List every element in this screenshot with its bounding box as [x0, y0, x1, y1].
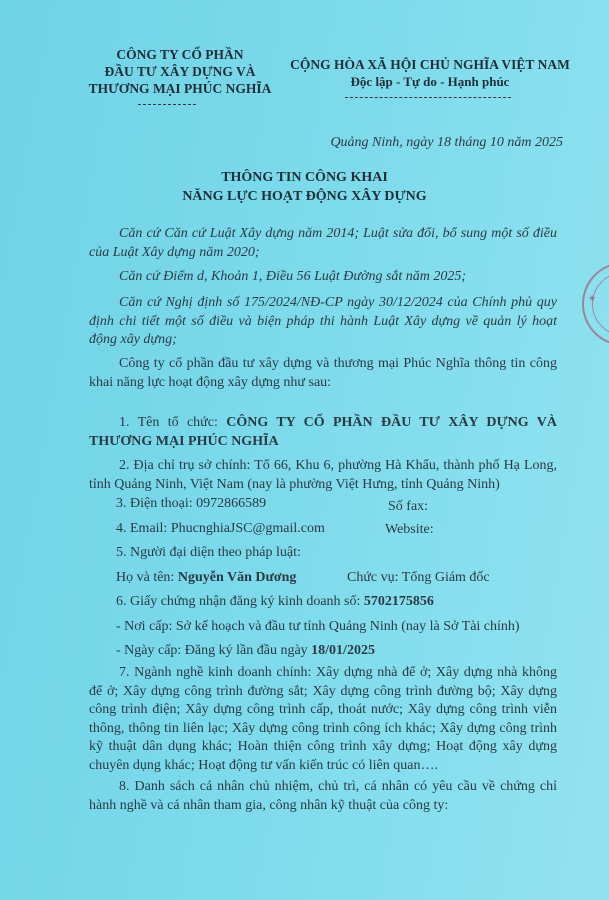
- item-issue-date: - Ngày cấp: Đăng ký lần đầu ngày 18/01/2…: [116, 642, 375, 660]
- rep-name-value: Nguyễn Văn Dương: [178, 570, 297, 585]
- item-personnel: 8. Danh sách cá nhân chủ nhiệm, chủ trì,…: [89, 778, 557, 815]
- title-line2: NĂNG LỰC HOẠT ĐỘNG XÂY DỰNG: [0, 187, 609, 206]
- item-representative: 5. Người đại diện theo pháp luật:: [116, 544, 301, 562]
- item-website: Website:: [385, 521, 434, 539]
- national-motto: Độc lập - Tự do - Hạnh phúc: [280, 73, 580, 90]
- document-page: CÔNG TY CỔ PHẦN ĐẦU TƯ XÂY DỰNG VÀ THƯƠN…: [0, 0, 609, 900]
- item-license: 6. Giấy chứng nhận đăng ký kinh doanh số…: [116, 593, 434, 611]
- item-issued-by: - Nơi cấp: Sở kế hoạch và đầu tư tỉnh Qu…: [116, 618, 520, 636]
- legal-basis-1: Căn cứ Căn cứ Luật Xây dựng năm 2014; Lu…: [89, 225, 557, 262]
- divider-right: [345, 97, 511, 98]
- date-line: Quảng Ninh, ngày 18 tháng 10 năm 2025: [330, 135, 563, 151]
- item-rep-position: Chức vụ: Tổng Giám đốc: [347, 569, 490, 587]
- item-phone: 3. Điện thoại: 0972866589: [116, 495, 266, 513]
- divider-left: [138, 104, 196, 105]
- company-header: CÔNG TY CỔ PHẦN ĐẦU TƯ XÂY DỰNG VÀ THƯƠN…: [60, 46, 300, 97]
- intro-paragraph: Công ty cổ phần đầu tư xây dựng và thươn…: [89, 355, 557, 392]
- item-rep-name: Họ và tên: Nguyễn Văn Dương: [116, 569, 296, 587]
- seal-star-icon: ★: [588, 294, 596, 304]
- item-address: 2. Địa chỉ trụ sở chính: Tổ 66, Khu 6, p…: [89, 457, 557, 494]
- legal-basis-2: Căn cứ Điểm d, Khoản 1, Điều 56 Luật Đườ…: [89, 268, 557, 287]
- document-title: THÔNG TIN CÔNG KHAI NĂNG LỰC HOẠT ĐỘNG X…: [0, 168, 609, 206]
- title-line1: THÔNG TIN CÔNG KHAI: [0, 168, 609, 187]
- license-number: 5702175856: [364, 594, 434, 609]
- legal-basis-3: Căn cứ Nghị định số 175/2024/NĐ-CP ngày …: [89, 294, 557, 350]
- company-header-line1: CÔNG TY CỔ PHẦN: [60, 46, 300, 63]
- national-title: CỘNG HÒA XÃ HỘI CHỦ NGHĨA VIỆT NAM: [280, 56, 580, 73]
- item-fax: Số fax:: [388, 498, 428, 516]
- official-seal-icon: [582, 262, 609, 346]
- item-org-name: 1. Tên tổ chức: CÔNG TY CỔ PHẦN ĐẦU TƯ X…: [89, 414, 557, 451]
- item-business-lines: 7. Ngành nghề kinh doanh chính: Xây dựng…: [89, 664, 557, 775]
- issue-date-value: 18/01/2025: [311, 643, 375, 658]
- company-header-line2: ĐẦU TƯ XÂY DỰNG VÀ: [60, 63, 300, 80]
- national-header: CỘNG HÒA XÃ HỘI CHỦ NGHĨA VIỆT NAM Độc l…: [280, 56, 580, 90]
- item-email: 4. Email: PhucnghiaJSC@gmail.com: [116, 520, 325, 538]
- company-header-line3: THƯƠNG MẠI PHÚC NGHĨA: [60, 80, 300, 97]
